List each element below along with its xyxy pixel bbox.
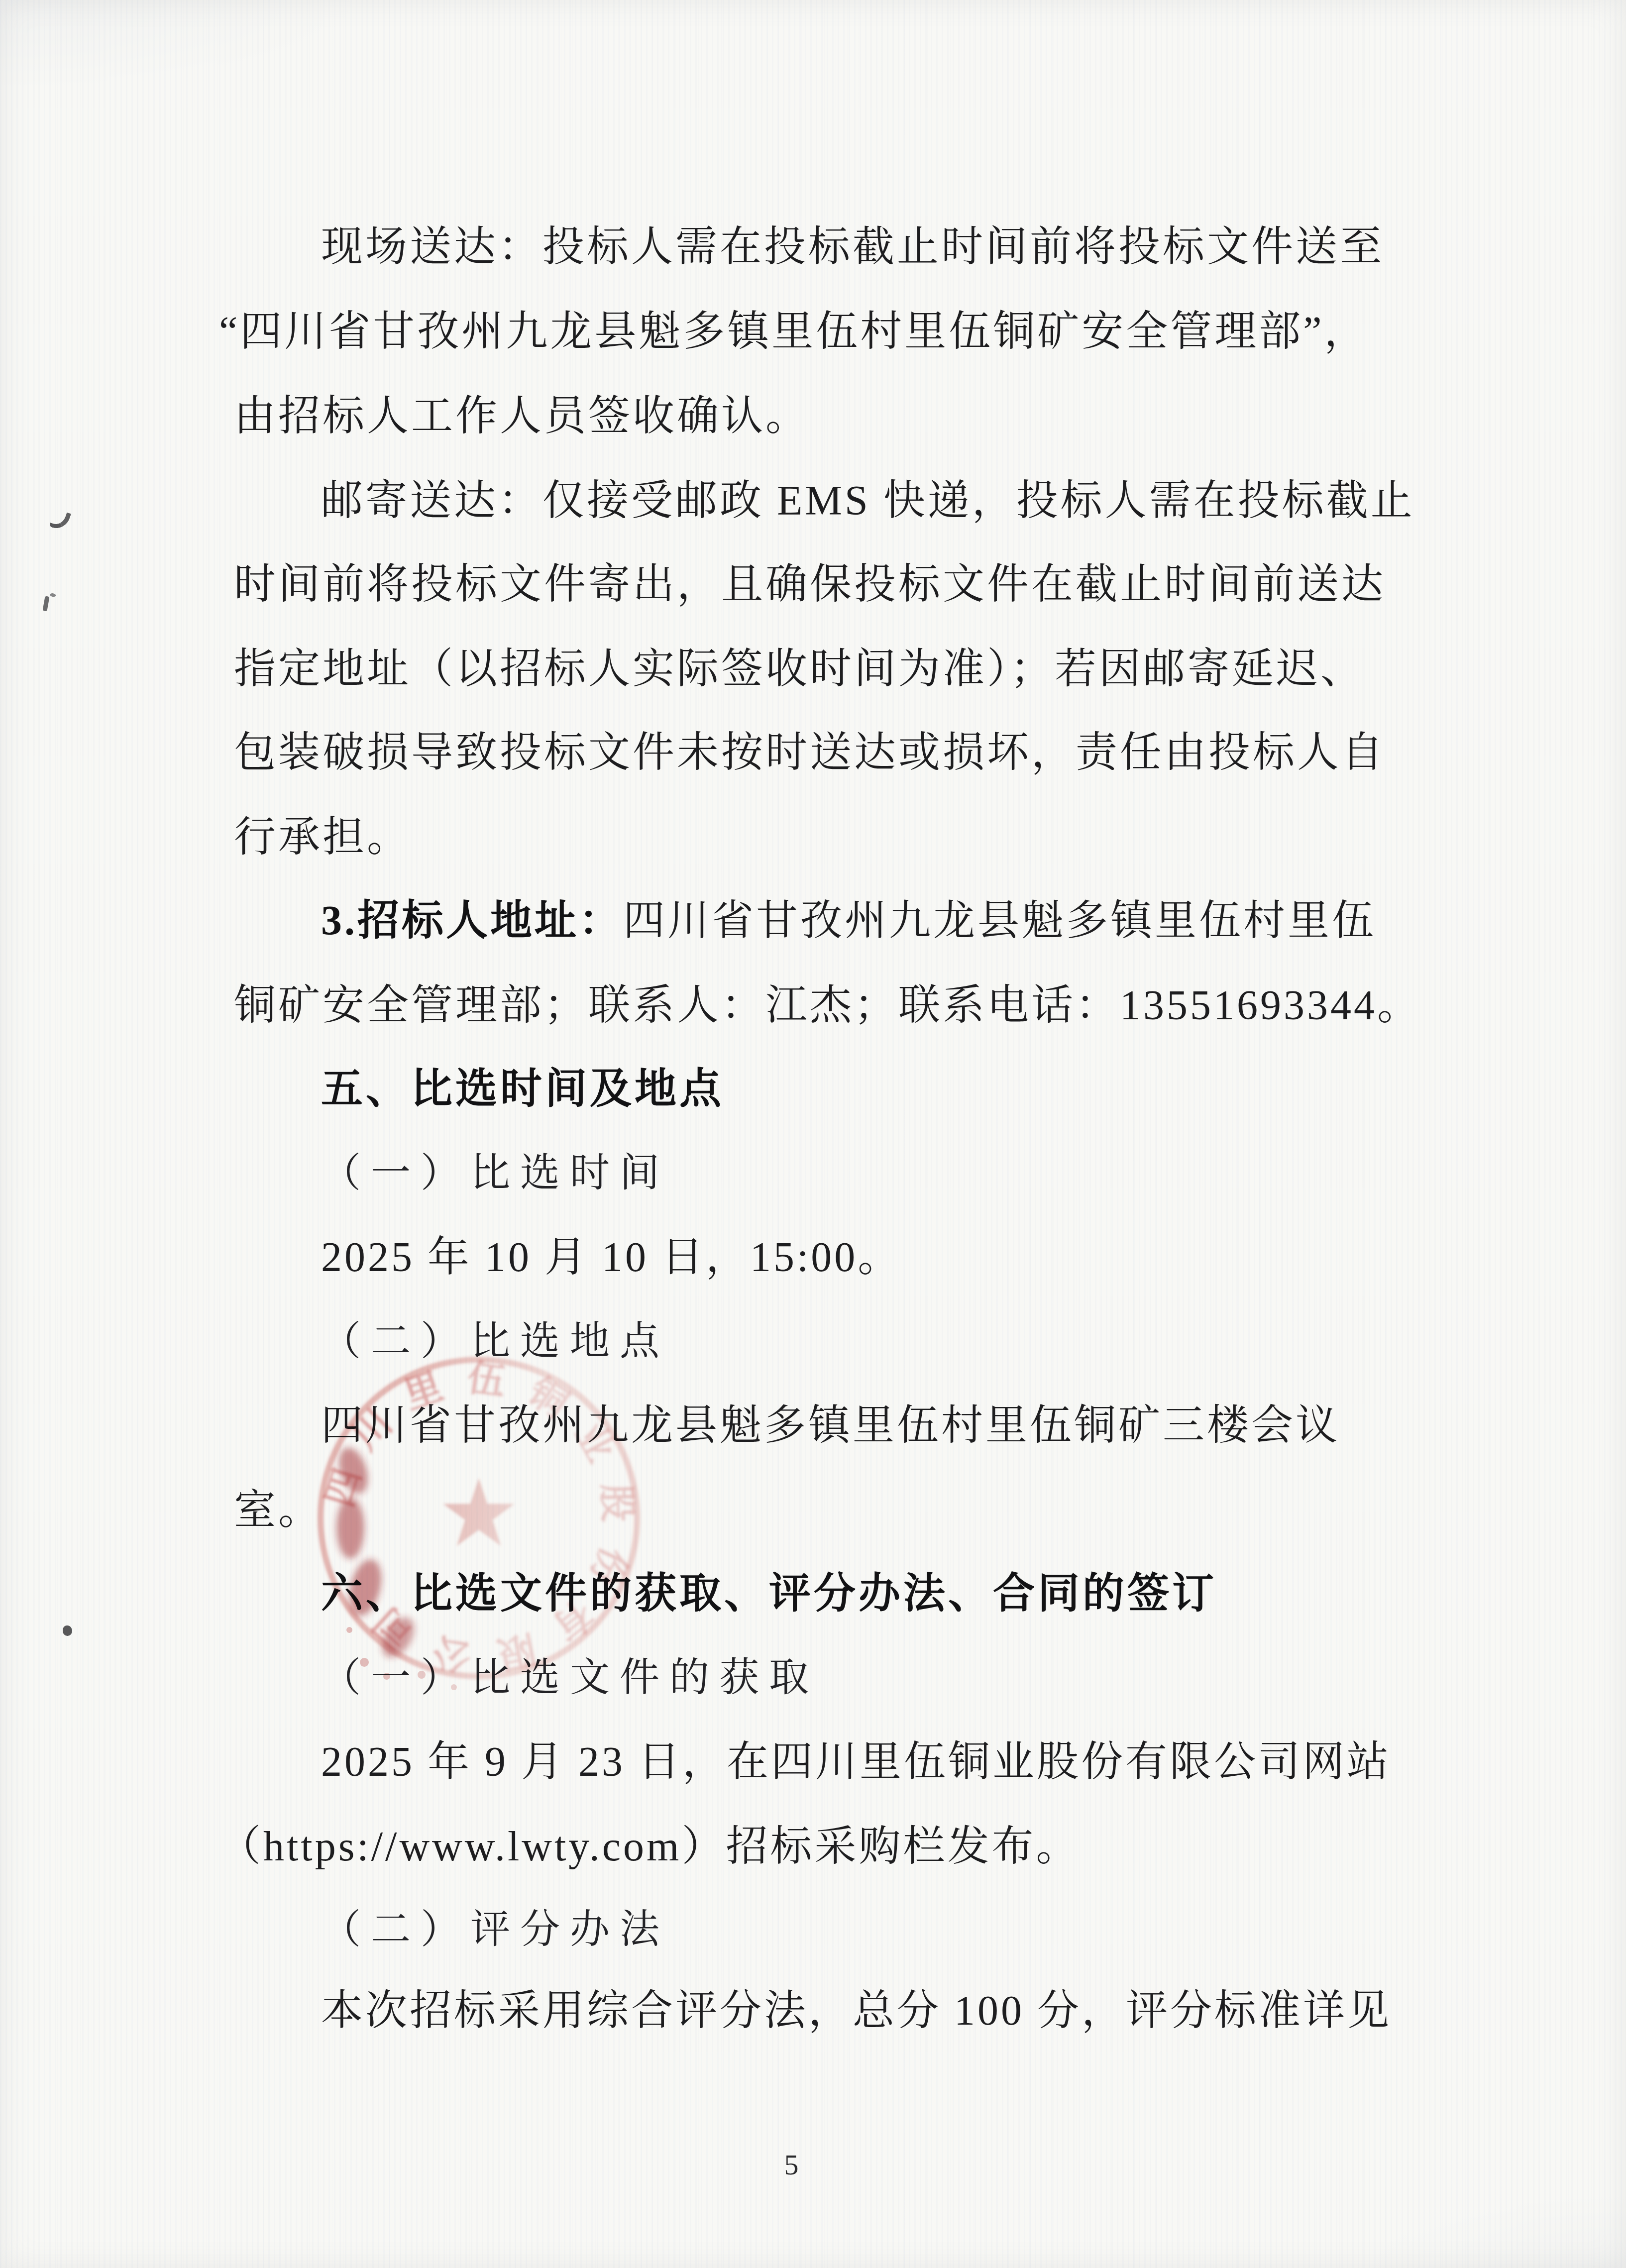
subsection-heading-obtain: （一）比选文件的获取 xyxy=(321,1656,819,1699)
text-line-datetime: 2025 年 10 月 10 日，15:00。 xyxy=(321,1235,902,1281)
page-number: 5 xyxy=(766,2148,816,2181)
ink-mark xyxy=(49,509,71,532)
text-line: 时间前将投标文件寄出，且确保投标文件在截止时间前送达 xyxy=(234,562,1386,608)
company-seal-graphic: 四川里伍铜业股份有限公司 xyxy=(305,1344,653,1692)
ink-mark xyxy=(42,596,49,611)
text-line-publish-date: 2025 年 9 月 23 日，在四川里伍铜业股份有限公司网站 xyxy=(321,1740,1391,1785)
text-line: 邮寄送达：仅接受邮政 EMS 快递，投标人需在投标截止 xyxy=(321,479,1415,524)
seal-star-icon xyxy=(443,1478,515,1546)
subsection-heading-scoring: （二）评分办法 xyxy=(321,1908,669,1951)
section-heading-5: 五、比选时间及地点 xyxy=(321,1067,724,1112)
text-line-contact: 铜矿安全管理部；联系人：江杰；联系电话：13551693344。 xyxy=(234,983,1421,1029)
text-line: 室。 xyxy=(234,1488,323,1533)
text-line-scoring: 本次招标采用综合评分法，总分 100 分，评分标准详见 xyxy=(321,1989,1392,2034)
text-line: 行承担。 xyxy=(234,815,411,861)
company-seal-stamp: 四川里伍铜业股份有限公司 xyxy=(305,1344,653,1692)
subsection-heading-place: （二）比选地点 xyxy=(321,1320,669,1363)
text-line-bidder-address: 3.招标人地址：四川省甘孜州九龙县魁多镇里伍村里伍 xyxy=(321,899,1376,944)
text-line-website: （https://www.lwty.com）招标采购栏发布。 xyxy=(219,1825,1080,1870)
ink-dot-mark xyxy=(63,1625,72,1636)
text-line: “四川省甘孜州九龙县魁多镇里伍村里伍铜矿安全管理部”， xyxy=(219,310,1369,355)
bidder-address-label: 3.招标人地址： xyxy=(321,898,623,944)
text-line: 现场送达：投标人需在投标截止时间前将投标文件送至 xyxy=(321,225,1384,270)
section-heading-6: 六、比选文件的获取、评分办法、合同的签订 xyxy=(321,1572,1217,1617)
subsection-heading-time: （一）比选时间 xyxy=(321,1152,669,1194)
seal-heavy-ink-blotches xyxy=(333,1444,421,1663)
text-line: 指定地址（以招标人实际签收时间为准）；若因邮寄延迟、 xyxy=(234,647,1365,692)
bidder-address-value: 四川省甘孜州九龙县魁多镇里伍村里伍 xyxy=(623,898,1376,944)
text-line-place: 四川省甘孜州九龙县魁多镇里伍村里伍铜矿三楼会议 xyxy=(321,1404,1340,1449)
text-line: 由招标人工作人员签收确认。 xyxy=(234,394,810,439)
text-line: 包装破损导致投标文件未按时送达或损坏，责任由投标人自 xyxy=(234,731,1386,776)
scanned-document-page: 现场送达：投标人需在投标截止时间前将投标文件送至 “四川省甘孜州九龙县魁多镇里伍… xyxy=(0,0,1626,2268)
